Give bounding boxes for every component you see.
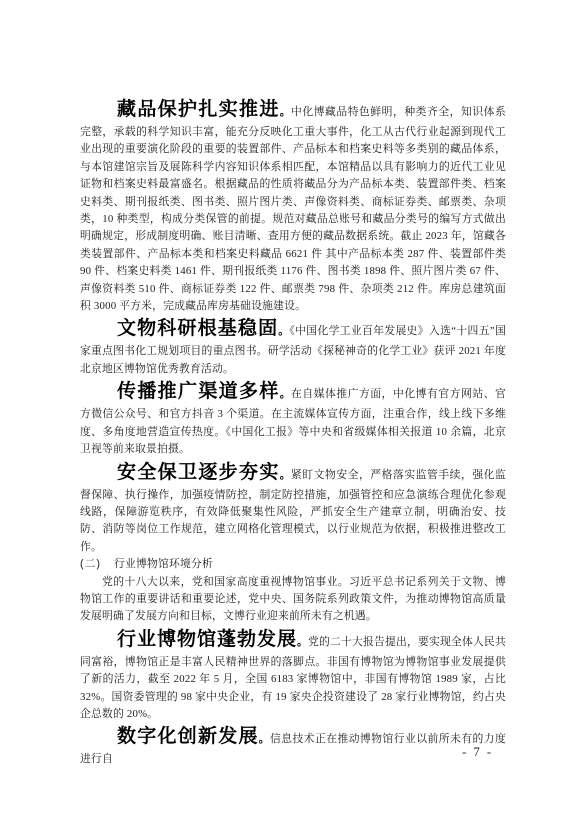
paragraph-promotion-channels: 传播推广渠道多样。在自媒体推广方面，中化博有官方网站、官方微信公众号、和官方抖音… xyxy=(80,378,506,458)
run-in-heading: 行业博物馆蓬勃发展 xyxy=(117,629,297,650)
run-in-heading: 传播推广渠道多样 xyxy=(117,381,280,402)
page-content: 藏品保护扎实推进。中化博藏品特色鲜明，种类齐全，知识体系完整，承载的科学知识丰富… xyxy=(80,96,506,769)
paragraph-security: 安全保卫逐步夯实。紧盯文物安全，严格落实监管手续，强化监督保障、执行操作，加强疫… xyxy=(80,459,506,557)
page-number: - 7 - xyxy=(462,745,493,760)
paragraph-party-policy: 党的十八大以来，党和国家高度重视博物馆事业。习近平总书记系列关于文物、博物馆工作… xyxy=(80,574,506,626)
paragraph-research-foundation: 文物科研根基稳固。《中国化学工业百年发展史》入选“十四五”国家重点图书化工规划项… xyxy=(80,315,506,378)
heading-period: 。 xyxy=(280,469,291,481)
paragraph-collection-protection: 藏品保护扎实推进。中化博藏品特色鲜明，种类齐全，知识体系完整，承载的科学知识丰富… xyxy=(80,96,506,315)
paragraph-body: 党的十八大以来，党和国家高度重视博物馆事业。习近平总书记系列关于文物、博物馆工作… xyxy=(80,576,506,623)
paragraph-industry-museum-growth: 行业博物馆蓬勃发展。党的二十大报告提出，要实现全体人民共同富裕，博物馆正是丰富人… xyxy=(80,626,506,724)
paragraph-body: 中化博藏品特色鲜明，种类齐全，知识体系完整，承载的科学知识丰富，能充分反映化工重… xyxy=(80,106,506,312)
document-page: 藏品保护扎实推进。中化博藏品特色鲜明，种类齐全，知识体系完整，承载的科学知识丰富… xyxy=(0,0,583,837)
heading-period: 。 xyxy=(280,388,291,400)
run-in-heading: 文物科研根基稳固 xyxy=(117,318,278,339)
heading-period: 。 xyxy=(278,325,289,337)
heading-period: 。 xyxy=(297,636,308,648)
run-in-heading: 数字化创新发展 xyxy=(117,726,259,747)
run-in-heading: 藏品保护扎实推进 xyxy=(117,99,280,120)
run-in-heading: 安全保卫逐步夯实 xyxy=(117,462,280,483)
paragraph-digital-innovation: 数字化创新发展。信息技术正在推动博物馆行业以前所未有的力度进行自 xyxy=(80,723,506,768)
heading-period: 。 xyxy=(280,106,291,118)
section-title: 行业博物馆环境分析 xyxy=(114,558,213,570)
section-numbering: (二) xyxy=(80,558,101,570)
section-heading: (二)行业博物馆环境分析 xyxy=(80,556,506,573)
heading-period: 。 xyxy=(259,733,270,745)
